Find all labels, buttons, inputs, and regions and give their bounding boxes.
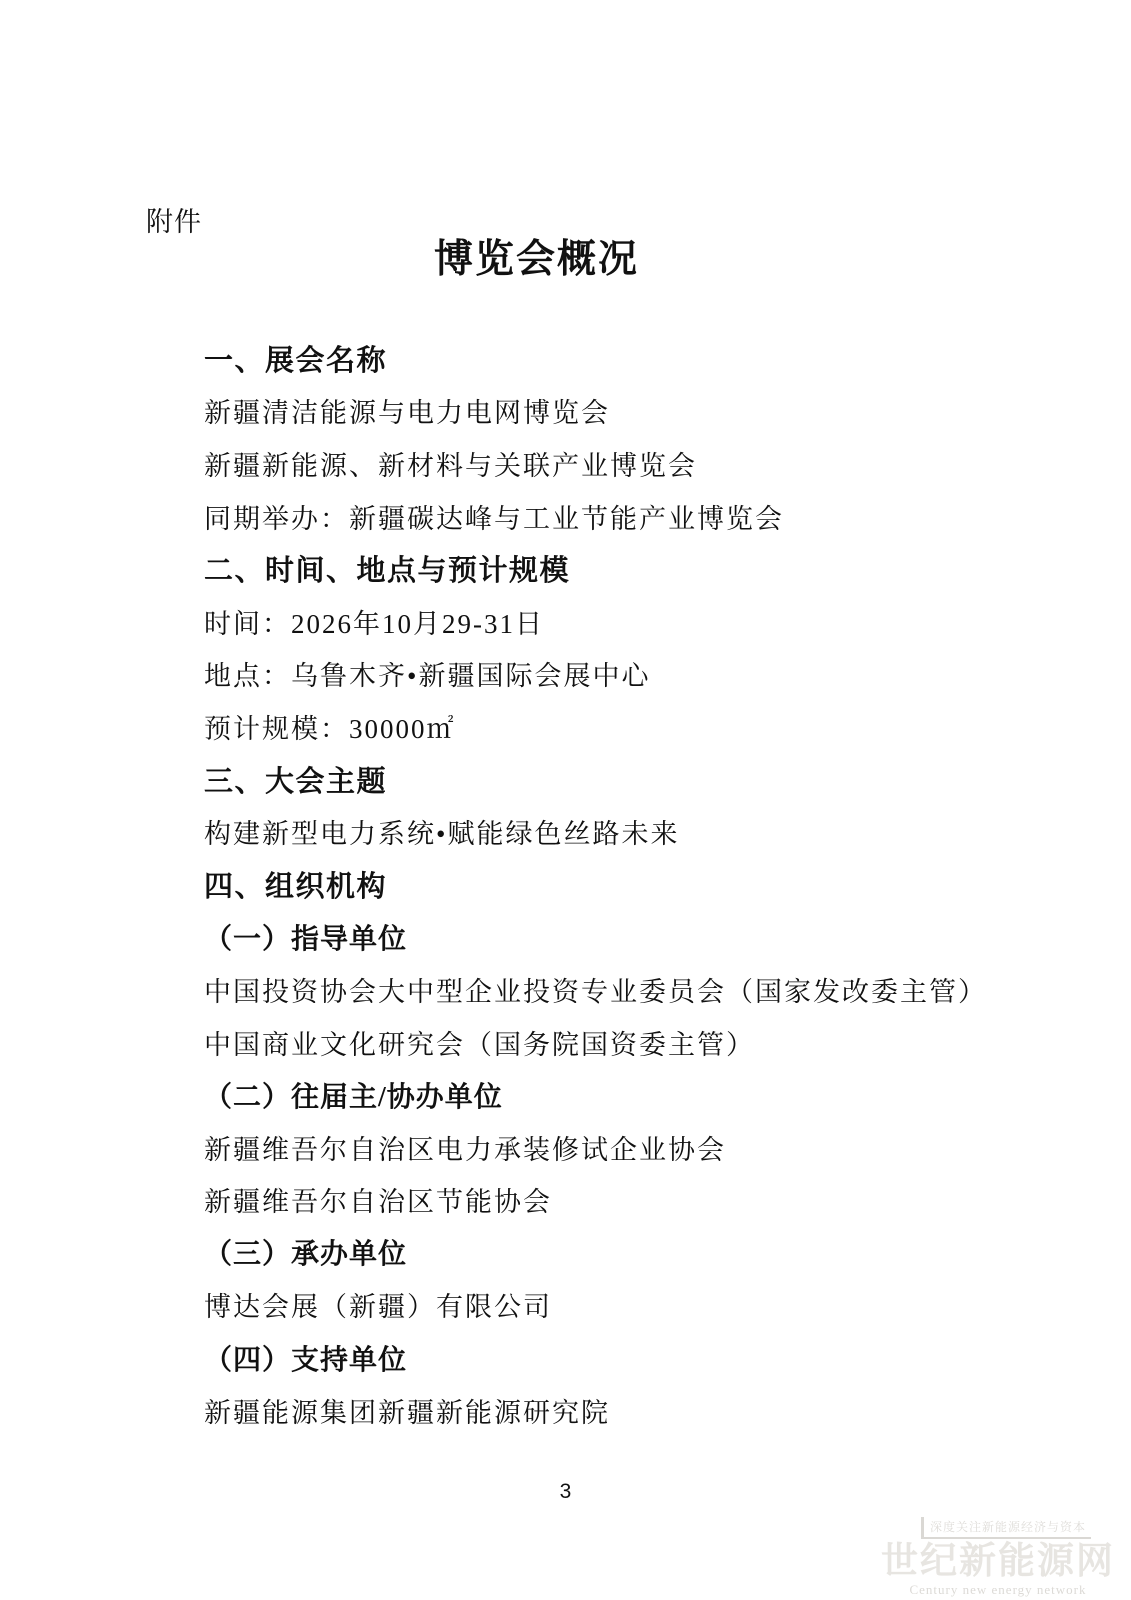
paragraph: 中国投资协会大中型企业投资专业委员会（国家发改委主管） [204,963,1021,1016]
subsection-heading-1: （一）指导单位 [204,911,1021,964]
subsection-heading-4: （四）支持单位 [204,1331,1021,1384]
paragraph: 时间：2026年10月29-31日 [204,595,1021,648]
watermark-tagline: 深度关注新能源经济与资本 [921,1517,1091,1539]
page-number: 3 [0,1480,1131,1504]
watermark-site-subtitle: Century new energy network [873,1582,1123,1598]
section-heading-4: 四、组织机构 [204,858,1021,911]
paragraph: 预计规模：30000㎡ [204,700,1021,753]
paragraph: 新疆维吾尔自治区节能协会 [204,1174,1021,1227]
subsection-heading-2: （二）往届主/协办单位 [204,1068,1021,1121]
document-page: 附件 博览会概况 一、展会名称 新疆清洁能源与电力电网博览会 新疆新能源、新材料… [0,0,1131,1600]
subsection-heading-3: （三）承办单位 [204,1226,1021,1279]
paragraph: 新疆能源集团新疆新能源研究院 [204,1384,1021,1437]
paragraph: 同期举办：新疆碳达峰与工业节能产业博览会 [204,490,1021,543]
site-watermark-logo: 深度关注新能源经济与资本 世纪新能源网 Century new energy n… [873,1517,1123,1598]
section-heading-3: 三、大会主题 [204,753,1021,806]
paragraph: 博达会展（新疆）有限公司 [204,1279,1021,1332]
section-heading-2: 二、时间、地点与预计规模 [204,542,1021,595]
paragraph: 地点：乌鲁木齐•新疆国际会展中心 [204,648,1021,701]
paragraph: 新疆维吾尔自治区电力承装修试企业协会 [204,1121,1021,1174]
paragraph: 中国商业文化研究会（国务院国资委主管） [204,1016,1021,1069]
paragraph: 构建新型电力系统•赋能绿色丝路未来 [204,805,1021,858]
page-title: 博览会概况 [0,228,1131,284]
document-body: 一、展会名称 新疆清洁能源与电力电网博览会 新疆新能源、新材料与关联产业博览会 … [204,332,1021,1436]
paragraph: 新疆新能源、新材料与关联产业博览会 [204,437,1021,490]
watermark-tagline-row: 深度关注新能源经济与资本 [873,1517,1123,1539]
paragraph: 新疆清洁能源与电力电网博览会 [204,385,1021,438]
watermark-site-name: 世纪新能源网 [873,1542,1123,1581]
section-heading-1: 一、展会名称 [204,332,1021,385]
